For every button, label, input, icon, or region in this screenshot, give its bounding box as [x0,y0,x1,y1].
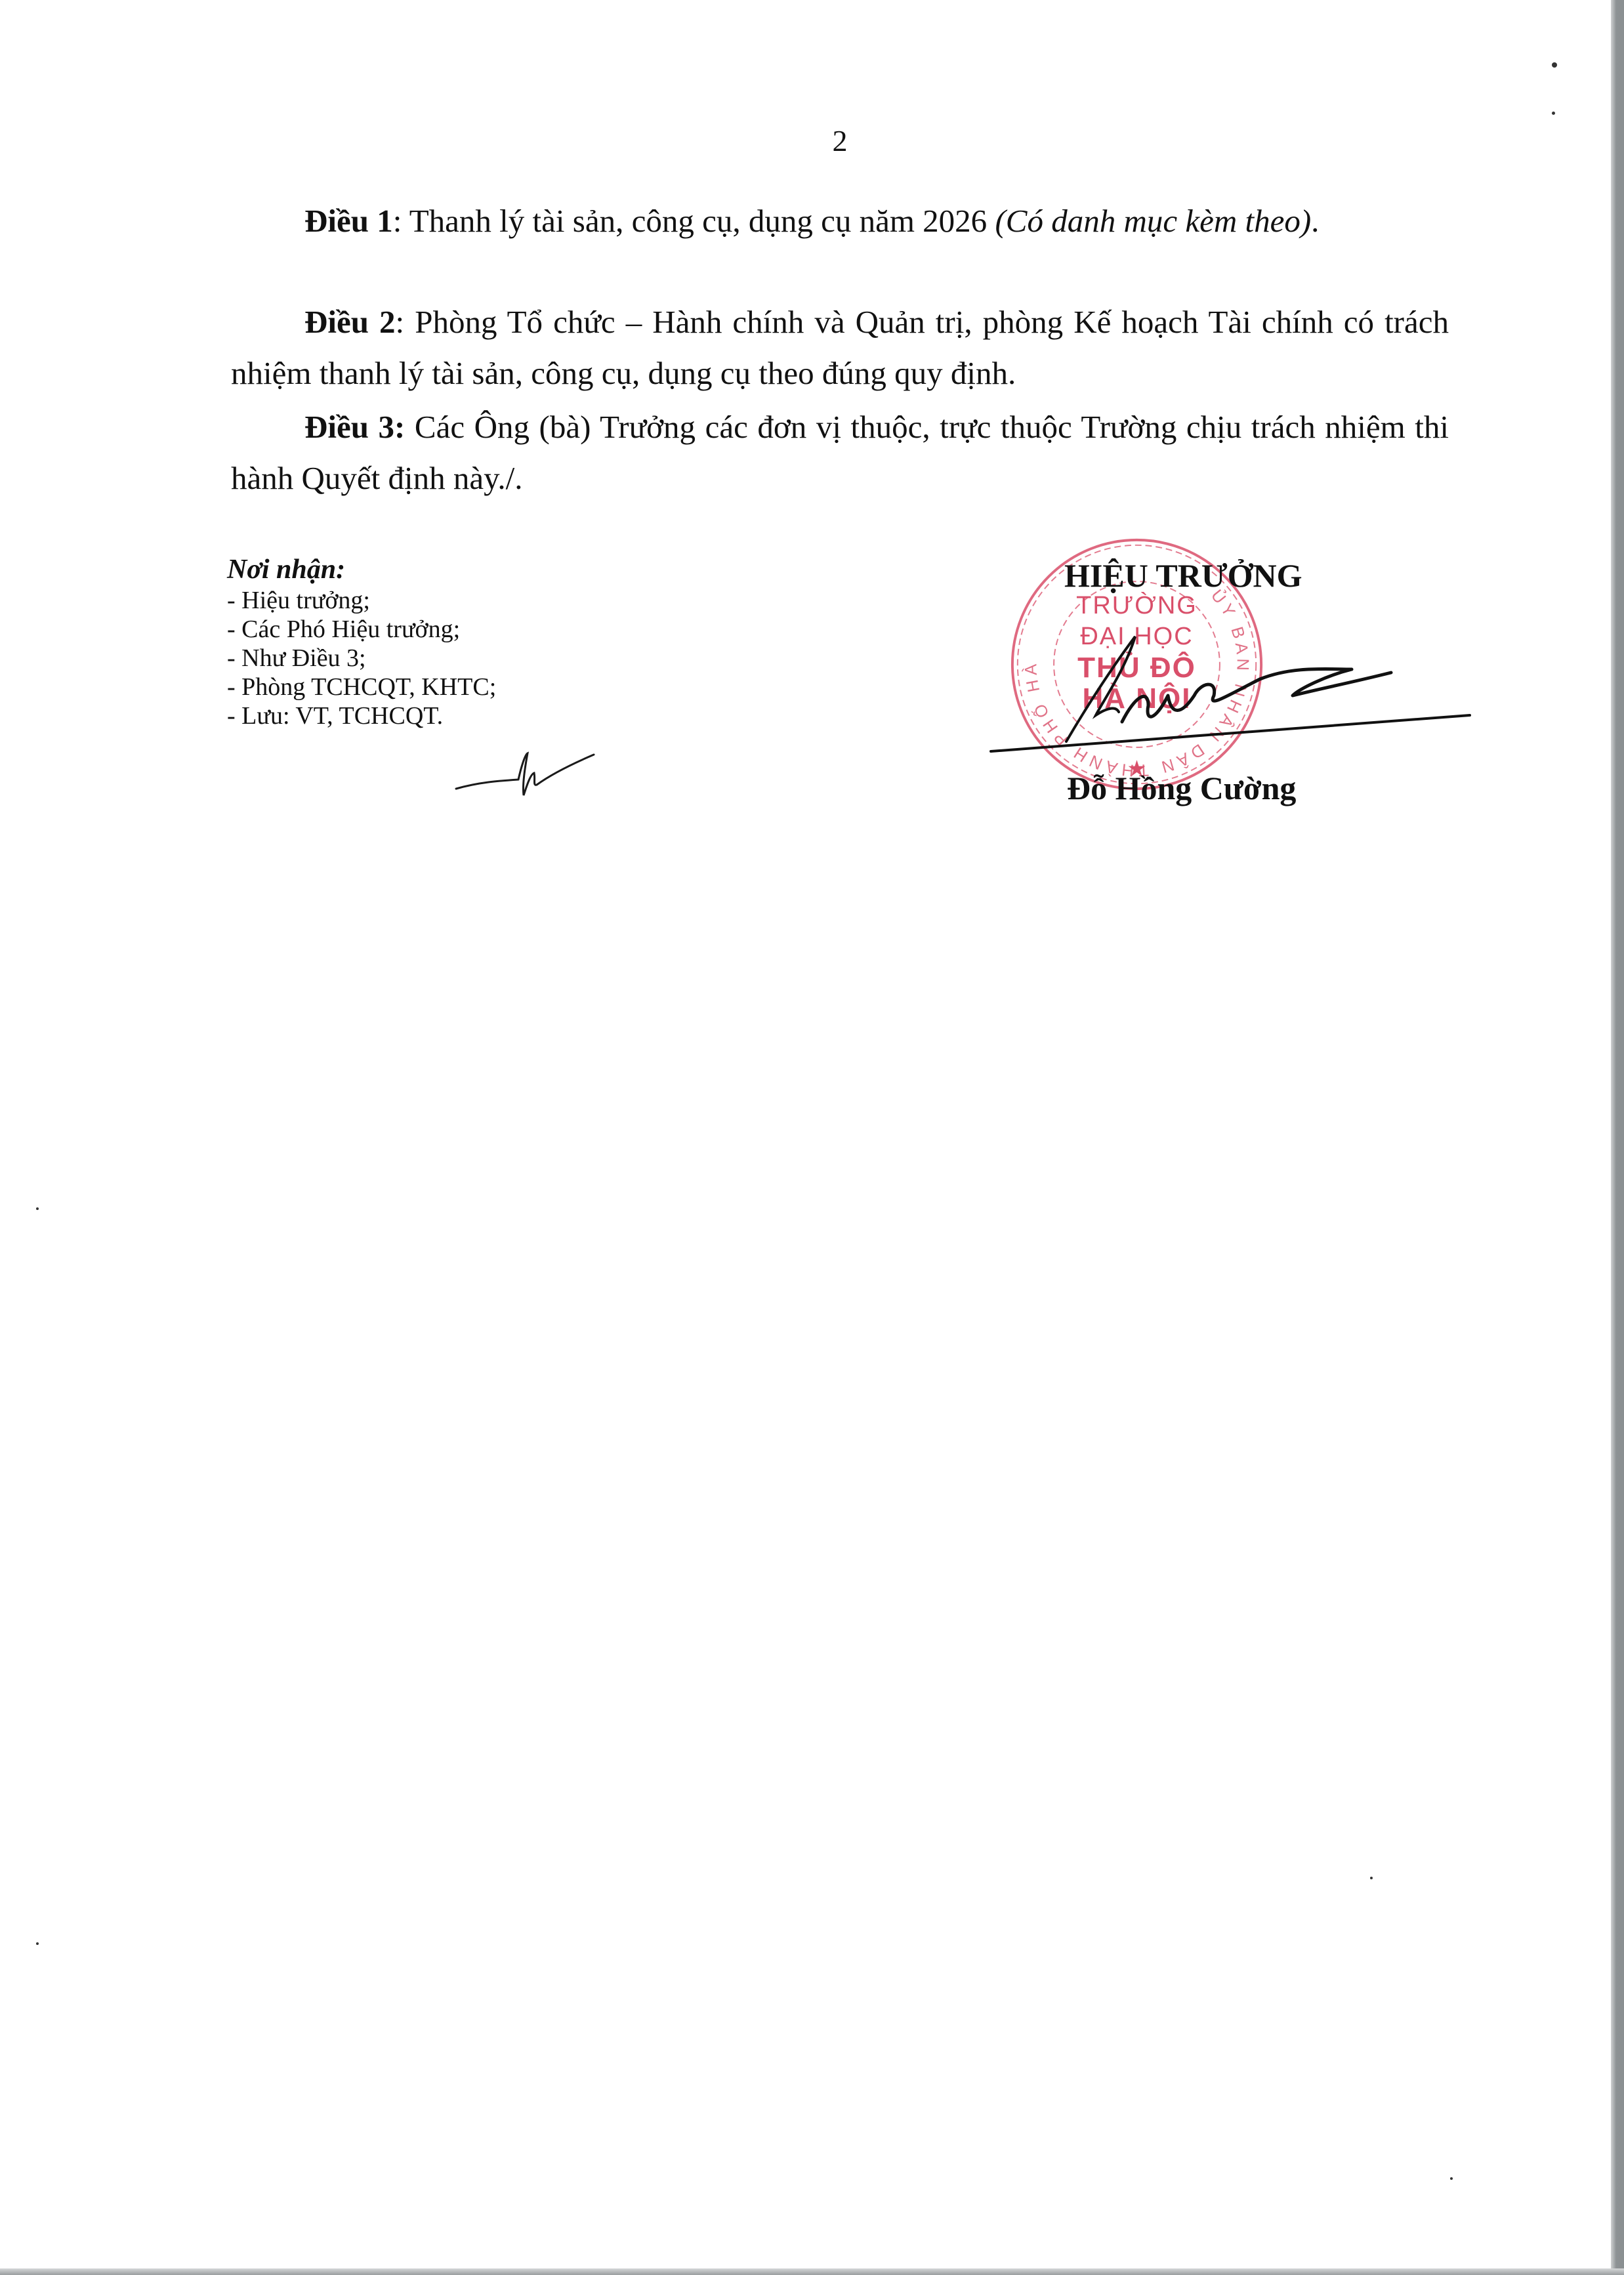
article-2-label: Điều 2 [304,304,396,340]
recipient-item: - Các Phó Hiệu trưởng; [227,615,496,644]
signer-name: Đỗ Hồng Cường [1067,769,1296,807]
signer-title: HIỆU TRƯỞNG [1064,556,1302,595]
scan-edge-right [1611,0,1624,2275]
scan-speck [1370,1877,1373,1879]
recipient-item: - Phòng TCHCQT, KHTC; [227,673,496,701]
article-1: Điều 1: Thanh lý tài sản, công cụ, dụng … [231,196,1449,247]
stamp-line: TRƯỜNG [1007,591,1266,621]
article-1-note: (Có danh mục kèm theo) [995,203,1311,239]
recipients-title: Nơi nhận: [227,553,496,586]
recipient-item: - Lưu: VT, TCHCQT. [227,701,496,730]
article-2: Điều 2: Phòng Tổ chức – Hành chính và Qu… [231,297,1449,399]
scan-speck [36,1207,39,1210]
recipient-item: - Hiệu trưởng; [227,586,496,615]
recipients-block: Nơi nhận: - Hiệu trưởng; - Các Phó Hiệu … [227,553,496,730]
initials-signature [453,748,597,801]
scan-edge-bottom [0,2268,1624,2275]
scan-speck [36,1942,39,1945]
article-1-label: Điều 1 [304,203,393,239]
scan-speck [1552,112,1555,115]
article-3-label: Điều 3: [304,409,405,445]
article-3: Điều 3: Các Ông (bà) Trưởng các đơn vị t… [231,402,1449,504]
handwritten-signature [984,623,1483,755]
page-number: 2 [0,123,1624,158]
scan-speck [1450,2177,1453,2180]
article-1-text: Thanh lý tài sản, công cụ, dụng cụ năm 2… [409,203,995,239]
scan-speck [1552,62,1557,68]
recipient-item: - Như Điều 3; [227,644,496,673]
